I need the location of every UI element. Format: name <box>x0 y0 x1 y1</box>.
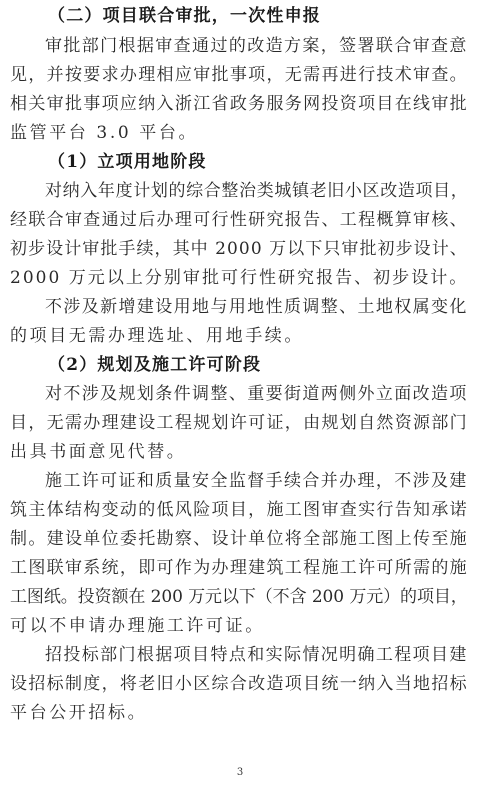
section-heading: （2）规划及施工许可阶段 <box>48 355 261 375</box>
paragraph-line: 设招标制度，将老旧小区综合改造项目统一纳入当地招标 <box>10 674 468 694</box>
paragraph-line: 2000 万元以上分别审批可行性研究报告、初步设计。 <box>10 268 468 288</box>
paragraph-line: 不涉及新增建设用地与用地性质调整、土地权属变化 <box>45 297 468 317</box>
paragraph-line: 出具书面意见代替。 <box>10 442 186 462</box>
paragraph-line: 对纳入年度计划的综合整治类城镇老旧小区改造项目， <box>45 181 468 201</box>
paragraph-line: 目，无需办理建设工程规划许可证，由规划自然资源部门 <box>10 413 468 433</box>
page-number: 3 <box>0 767 480 778</box>
paragraph-line: 施工许可证和质量安全监督手续合并办理，不涉及建 <box>45 471 468 491</box>
paragraph-line: 工图纸。投资额在 200 万元以下（不含 200 万元）的项目， <box>10 587 468 607</box>
paragraph-line: 的项目无需办理选址、用地手续。 <box>10 326 304 346</box>
paragraph-line: 审批部门根据审查通过的改造方案，签署联合审查意 <box>45 36 468 56</box>
paragraph-line: 初步设计审批手续，其中 2000 万以下只审批初步设计、 <box>10 239 468 259</box>
paragraph-line: 筑主体结构变动的低风险项目，施工图审查实行告知承诺 <box>10 500 468 520</box>
paragraph-line: 制。建设单位委托勘察、设计单位将全部施工图上传至施 <box>10 529 468 549</box>
paragraph-line: 可以不申请办理施工许可证。 <box>10 616 265 636</box>
paragraph-line: 见，并按要求办理相应审批事项，无需再进行技术审查。 <box>10 65 468 85</box>
paragraph-line: 工图联审系统，即可作为办理建筑工程施工许可所需的施 <box>10 558 468 578</box>
paragraph-line: 对不涉及规划条件调整、重要街道两侧外立面改造项 <box>45 384 468 404</box>
section-heading: （二）项目联合审批，一次性申报 <box>48 6 321 26</box>
paragraph-line: 平台公开招标。 <box>10 703 147 723</box>
paragraph-line: 相关审批事项应纳入浙江省政务服务网投资项目在线审批 <box>10 94 468 114</box>
paragraph-line: 招投标部门根据项目特点和实际情况明确工程项目建 <box>45 645 468 665</box>
paragraph-line: 经联合审查通过后办理可行性研究报告、工程概算审核、 <box>10 210 468 230</box>
section-heading: （1）立项用地阶段 <box>48 152 207 172</box>
paragraph-line: 监管平台 3.0 平台。 <box>10 123 198 143</box>
